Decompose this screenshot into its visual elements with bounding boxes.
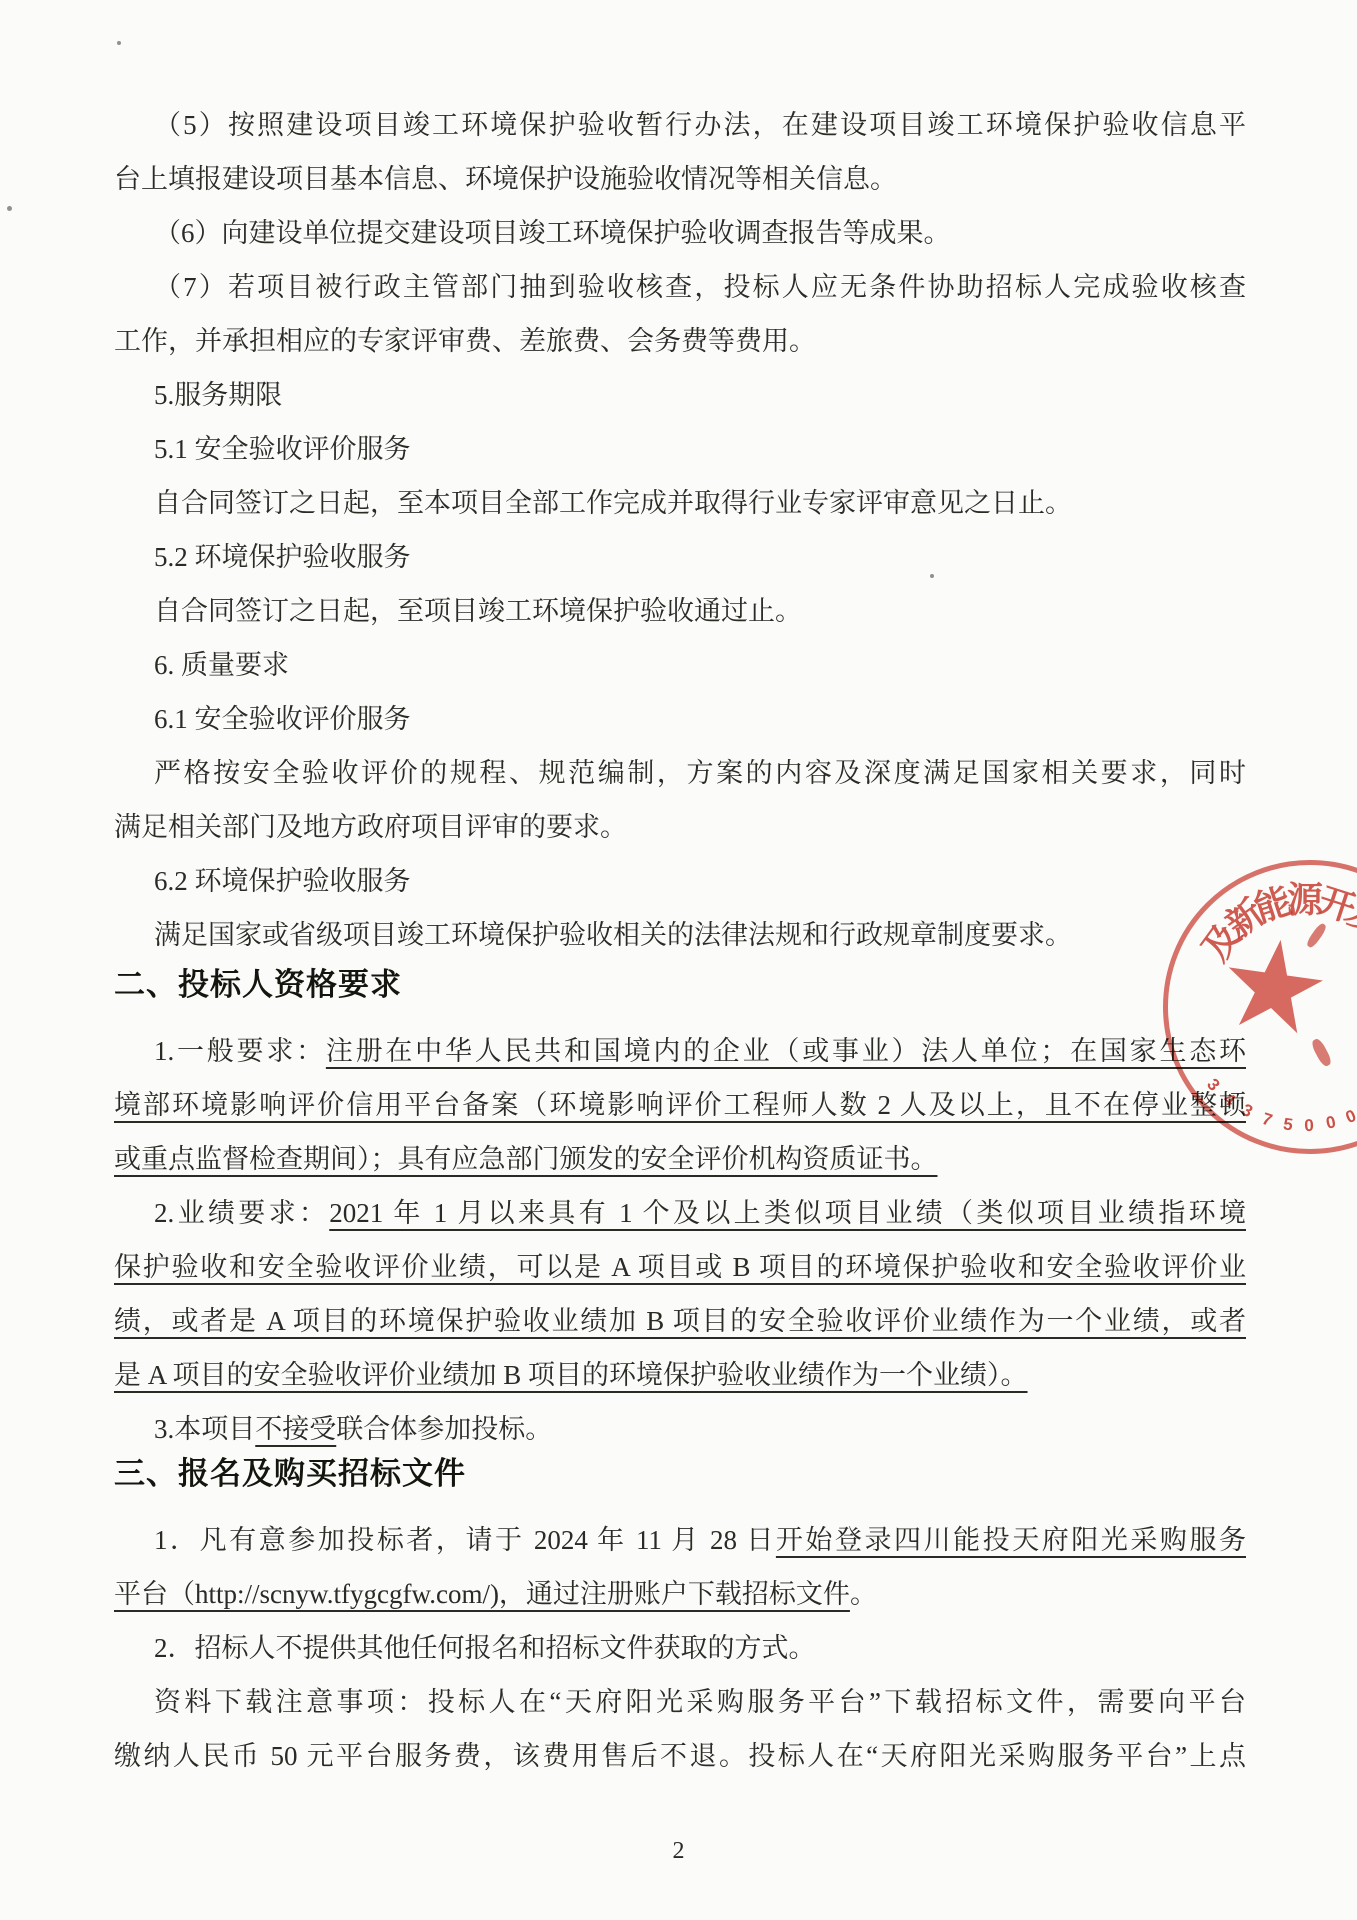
document-line: 严格按安全验收评价的规程、规范编制，方案的内容及深度满足国家相关要求，同时 — [114, 753, 1246, 793]
text-segment: 缴纳人民币 50 元平台服务费，该费用售后不退。投标人在“天府阳光采购服务平台”… — [114, 1741, 1246, 1771]
underlined-text: 开始登录四川能投天府阳光采购服务 — [776, 1525, 1246, 1555]
text-segment: 1．凡有意参加投标者，请于 2024 年 11 月 28 日 — [154, 1525, 776, 1555]
text-segment: 2．招标人不提供其他任何报名和招标文件获取的方式。 — [154, 1633, 816, 1663]
scan-speck — [7, 206, 12, 211]
document-line: 绩，或者是 A 项目的环境保护验收业绩加 B 项目的安全验收评价业绩作为一个业绩… — [114, 1301, 1246, 1341]
text-segment: 5.1 安全验收评价服务 — [154, 434, 411, 464]
section-heading: 二、投标人资格要求 — [114, 965, 1246, 1005]
section-heading: 三、报名及购买招标文件 — [114, 1454, 1246, 1494]
text-segment: 5.服务期限 — [154, 380, 282, 410]
document-line: 自合同签订之日起，至本项目全部工作完成并取得行业专家评审意见之日止。 — [114, 483, 1246, 523]
scan-speck — [930, 574, 934, 578]
text-segment: 自合同签订之日起，至项目竣工环境保护验收通过止。 — [154, 596, 802, 626]
underlined-text: 境部环境影响评价信用平台备案（环境影响评价工程师人数 2 人及以上，且不在停业整… — [114, 1090, 1246, 1120]
document-line: 2．招标人不提供其他任何报名和招标文件获取的方式。 — [114, 1628, 1246, 1668]
document-line: 是 A 项目的安全验收评价业绩加 B 项目的环境保护验收业绩作为一个业绩）。 — [114, 1355, 1246, 1395]
underlined-text: 2021 年 1 月以来具有 1 个及以上类似项目业绩（类似项目业绩指环境 — [329, 1198, 1246, 1228]
document-line: 平台（http://scnyw.tfygcgfw.com/)，通过注册账户下载招… — [114, 1574, 1246, 1614]
text-segment: 。 — [850, 1579, 877, 1609]
text-segment: 三、报名及购买招标文件 — [114, 1456, 466, 1491]
text-segment: 严格按安全验收评价的规程、规范编制，方案的内容及深度满足国家相关要求，同时 — [154, 758, 1246, 788]
document-line: 6. 质量要求 — [114, 645, 1246, 685]
document-line: 工作，并承担相应的专家评审费、差旅费、会务费等费用。 — [114, 321, 1246, 361]
document-line: 6.2 环境保护验收服务 — [114, 861, 1246, 901]
underlined-text: 是 A 项目的安全验收评价业绩加 B 项目的环境保护验收业绩作为一个业绩）。 — [114, 1360, 1028, 1390]
scanned-document-page: （5）按照建设项目竣工环境保护验收暂行办法，在建设项目竣工环境保护验收信息平台上… — [0, 0, 1357, 1920]
scan-speck — [117, 41, 121, 45]
text-segment: 资料下载注意事项：投标人在“天府阳光采购服务平台”下载招标文件，需要向平台 — [154, 1687, 1246, 1717]
document-line: 5.服务期限 — [114, 375, 1246, 415]
text-segment: 自合同签订之日起，至本项目全部工作完成并取得行业专家评审意见之日止。 — [154, 488, 1072, 518]
document-body: （5）按照建设项目竣工环境保护验收暂行办法，在建设项目竣工环境保护验收信息平台上… — [0, 0, 1357, 1920]
text-segment: 5.2 环境保护验收服务 — [154, 542, 411, 572]
text-segment: 台上填报建设项目基本信息、环境保护设施验收情况等相关信息。 — [114, 164, 897, 194]
document-line: 保护验收和安全验收评价业绩，可以是 A 项目或 B 项目的环境保护验收和安全验收… — [114, 1247, 1246, 1287]
document-line: 1.一般要求：注册在中华人民共和国境内的企业（或事业）法人单位；在国家生态环 — [114, 1031, 1246, 1071]
document-line: （7）若项目被行政主管部门抽到验收核查，投标人应无条件协助招标人完成验收核查 — [114, 267, 1246, 307]
text-segment: 6.2 环境保护验收服务 — [154, 866, 411, 896]
underlined-text: 不接受 — [255, 1414, 336, 1444]
document-line: 5.2 环境保护验收服务 — [114, 537, 1246, 577]
text-segment: 满足国家或省级项目竣工环境保护验收相关的法律法规和行政规章制度要求。 — [154, 920, 1072, 950]
text-segment: 工作，并承担相应的专家评审费、差旅费、会务费等费用。 — [114, 326, 816, 356]
document-line: 或重点监督检查期间）；具有应急部门颁发的安全评价机构资质证书。 — [114, 1139, 1246, 1179]
document-line: 2.业绩要求：2021 年 1 月以来具有 1 个及以上类似项目业绩（类似项目业… — [114, 1193, 1246, 1233]
document-line: 满足相关部门及地方政府项目评审的要求。 — [114, 807, 1246, 847]
document-line: 3.本项目不接受联合体参加投标。 — [114, 1409, 1246, 1449]
underlined-text: 注册在中华人民共和国境内的企业（或事业）法人单位；在国家生态环 — [326, 1036, 1246, 1066]
text-segment: （7）若项目被行政主管部门抽到验收核查，投标人应无条件协助招标人完成验收核查 — [154, 272, 1246, 302]
document-line: 1．凡有意参加投标者，请于 2024 年 11 月 28 日开始登录四川能投天府… — [114, 1520, 1246, 1560]
text-segment: 满足相关部门及地方政府项目评审的要求。 — [114, 812, 627, 842]
document-line: （5）按照建设项目竣工环境保护验收暂行办法，在建设项目竣工环境保护验收信息平 — [114, 105, 1246, 145]
document-line: 6.1 安全验收评价服务 — [114, 699, 1246, 739]
underlined-text: 平台（http://scnyw.tfygcgfw.com/)，通过注册账户下载招… — [114, 1579, 850, 1609]
document-line: 资料下载注意事项：投标人在“天府阳光采购服务平台”下载招标文件，需要向平台 — [114, 1682, 1246, 1722]
document-line: （6）向建设单位提交建设项目竣工环境保护验收调查报告等成果。 — [114, 213, 1246, 253]
document-line: 台上填报建设项目基本信息、环境保护设施验收情况等相关信息。 — [114, 159, 1246, 199]
text-segment: 1.一般要求： — [154, 1036, 326, 1066]
text-segment: 联合体参加投标。 — [336, 1414, 552, 1444]
underlined-text: 绩，或者是 A 项目的环境保护验收业绩加 B 项目的安全验收评价业绩作为一个业绩… — [114, 1306, 1246, 1336]
text-segment: 二、投标人资格要求 — [114, 967, 402, 1002]
page-number: 2 — [0, 1838, 1357, 1865]
text-segment: 6.1 安全验收评价服务 — [154, 704, 411, 734]
document-line: 自合同签订之日起，至项目竣工环境保护验收通过止。 — [114, 591, 1246, 631]
document-line: 满足国家或省级项目竣工环境保护验收相关的法律法规和行政规章制度要求。 — [114, 915, 1246, 955]
text-segment: 2.业绩要求： — [154, 1198, 329, 1228]
text-segment: （5）按照建设项目竣工环境保护验收暂行办法，在建设项目竣工环境保护验收信息平 — [154, 110, 1246, 140]
underlined-text: 或重点监督检查期间）；具有应急部门颁发的安全评价机构资质证书。 — [114, 1144, 938, 1174]
document-line: 5.1 安全验收评价服务 — [114, 429, 1246, 469]
text-segment: （6）向建设单位提交建设项目竣工环境保护验收调查报告等成果。 — [154, 218, 951, 248]
text-segment: 3.本项目 — [154, 1414, 255, 1444]
underlined-text: 保护验收和安全验收评价业绩，可以是 A 项目或 B 项目的环境保护验收和安全验收… — [114, 1252, 1246, 1282]
text-segment: 6. 质量要求 — [154, 650, 289, 680]
document-line: 缴纳人民币 50 元平台服务费，该费用售后不退。投标人在“天府阳光采购服务平台”… — [114, 1736, 1246, 1776]
document-line: 境部环境影响评价信用平台备案（环境影响评价工程师人数 2 人及以上，且不在停业整… — [114, 1085, 1246, 1125]
